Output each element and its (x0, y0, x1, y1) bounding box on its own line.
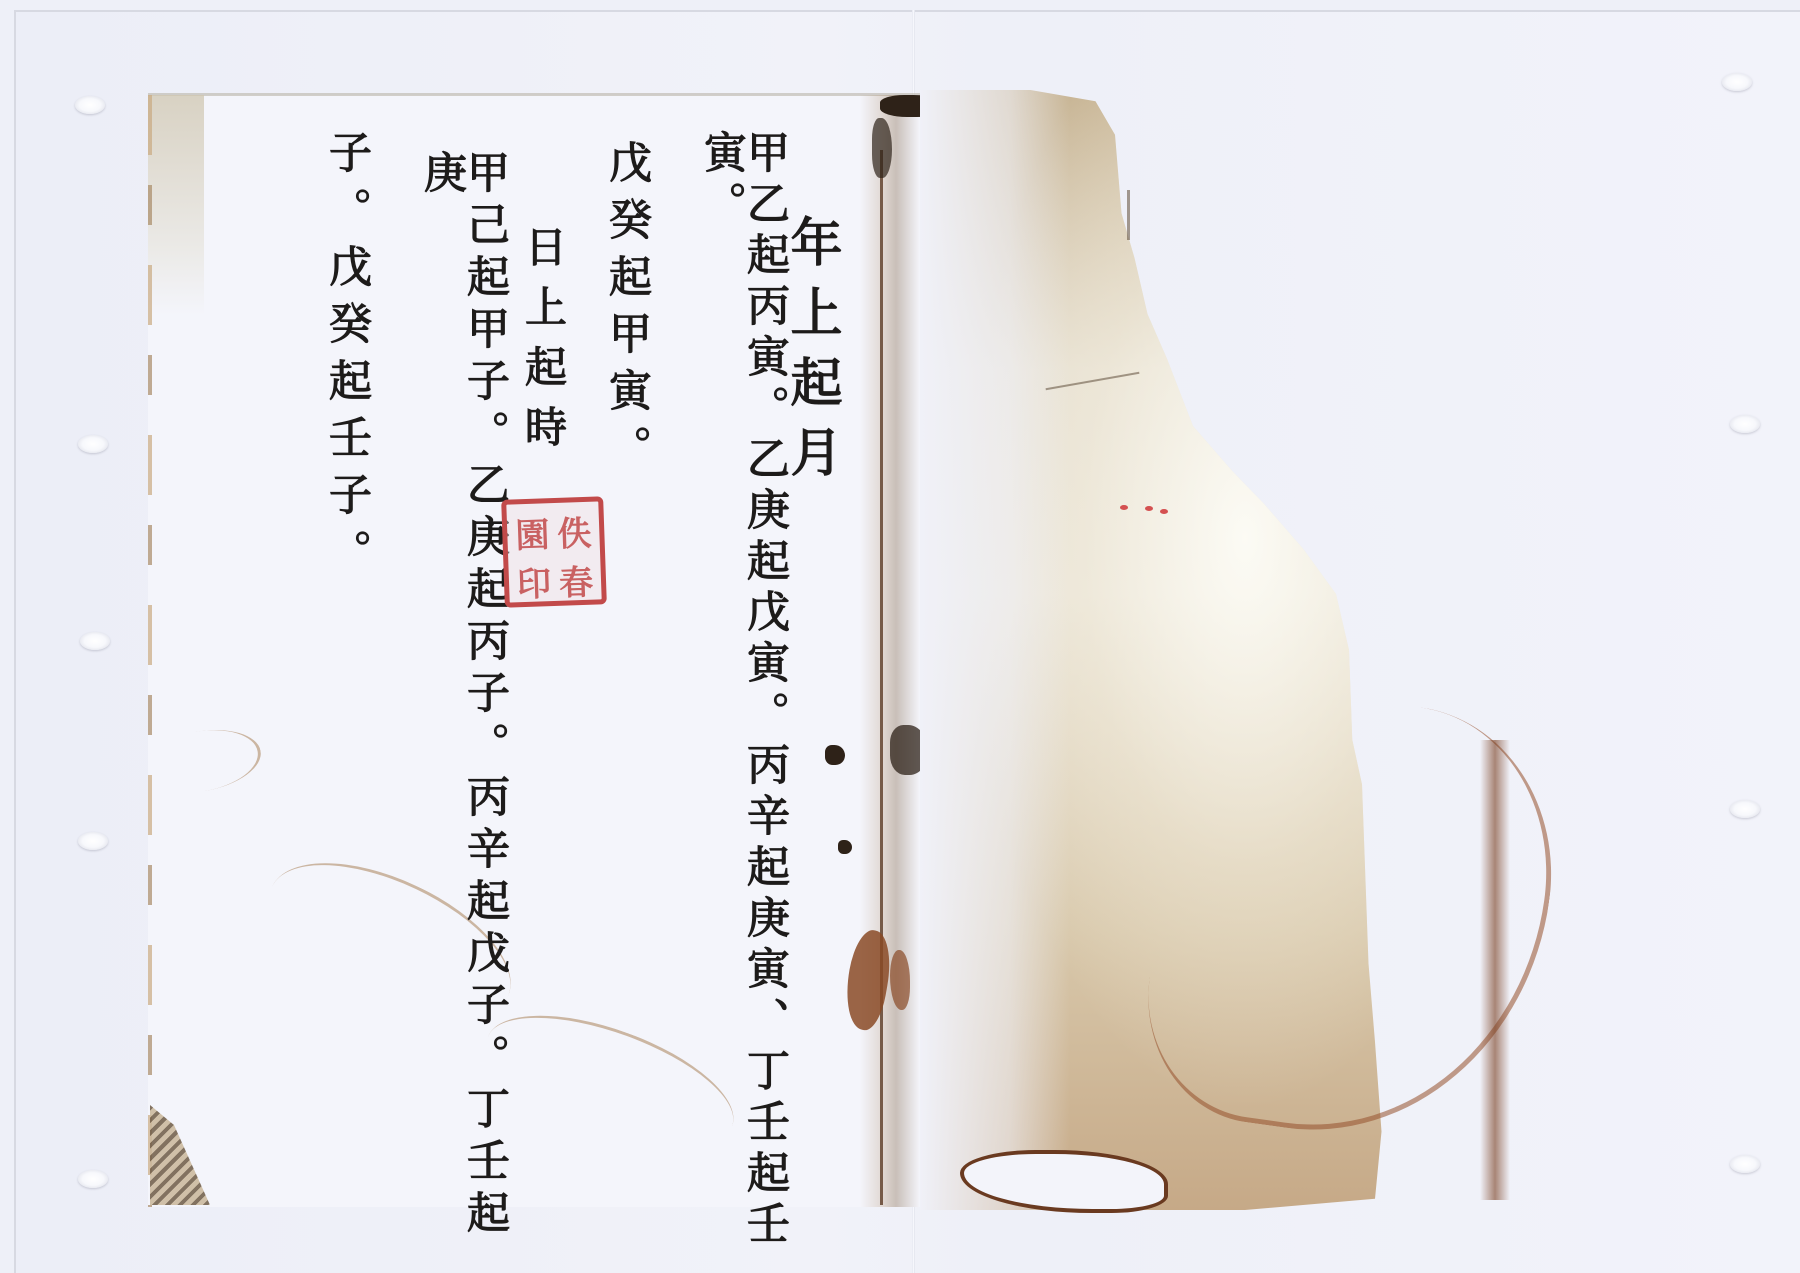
punch-hole (1730, 1155, 1760, 1173)
punch-hole (1722, 73, 1752, 91)
heading-day-to-hour: 日上起時 (522, 225, 564, 465)
page-top-border (148, 93, 938, 96)
punch-hole (78, 435, 108, 453)
ink-blot (872, 118, 892, 178)
ink-blot (838, 840, 852, 854)
spine-stain (860, 95, 920, 1207)
right-leaf-edge (1480, 740, 1510, 1200)
punch-hole (1730, 800, 1760, 818)
punch-hole (78, 1170, 108, 1188)
red-speck (1120, 505, 1128, 510)
punch-hole (1730, 415, 1760, 433)
seal-char: 印 (512, 556, 556, 606)
red-speck (1145, 506, 1153, 511)
right-leaf-fade (920, 90, 1070, 1210)
text-column-1: 甲乙起丙寅。乙庚起戊寅。丙辛起庚寅、丁壬起壬寅。 (700, 130, 786, 1273)
left-edge-stain (148, 95, 204, 315)
text-column-4: 子。戊癸起壬子。 (325, 130, 368, 586)
punch-hole (75, 96, 105, 114)
spine-line (880, 150, 883, 1205)
seal-char: 春 (554, 555, 598, 605)
ink-blot (825, 745, 845, 765)
red-seal-stamp: 佚 園 春 印 (501, 496, 607, 607)
seal-char: 佚 (552, 506, 596, 556)
punch-hole (80, 632, 110, 650)
faint-ink-line (1127, 190, 1130, 240)
seal-char: 園 (510, 507, 554, 557)
text-column-2: 戊癸起甲寅。 (605, 140, 648, 482)
text-column-3: 甲己起甲子。乙庚起丙子。丙辛起戊子。丁壬起庚 (420, 150, 506, 1273)
punch-hole (78, 832, 108, 850)
red-speck (1160, 509, 1168, 514)
left-border-line (148, 95, 152, 1207)
rust-blot (890, 950, 910, 1010)
heading-year-to-month: 年上起月 (785, 215, 837, 495)
